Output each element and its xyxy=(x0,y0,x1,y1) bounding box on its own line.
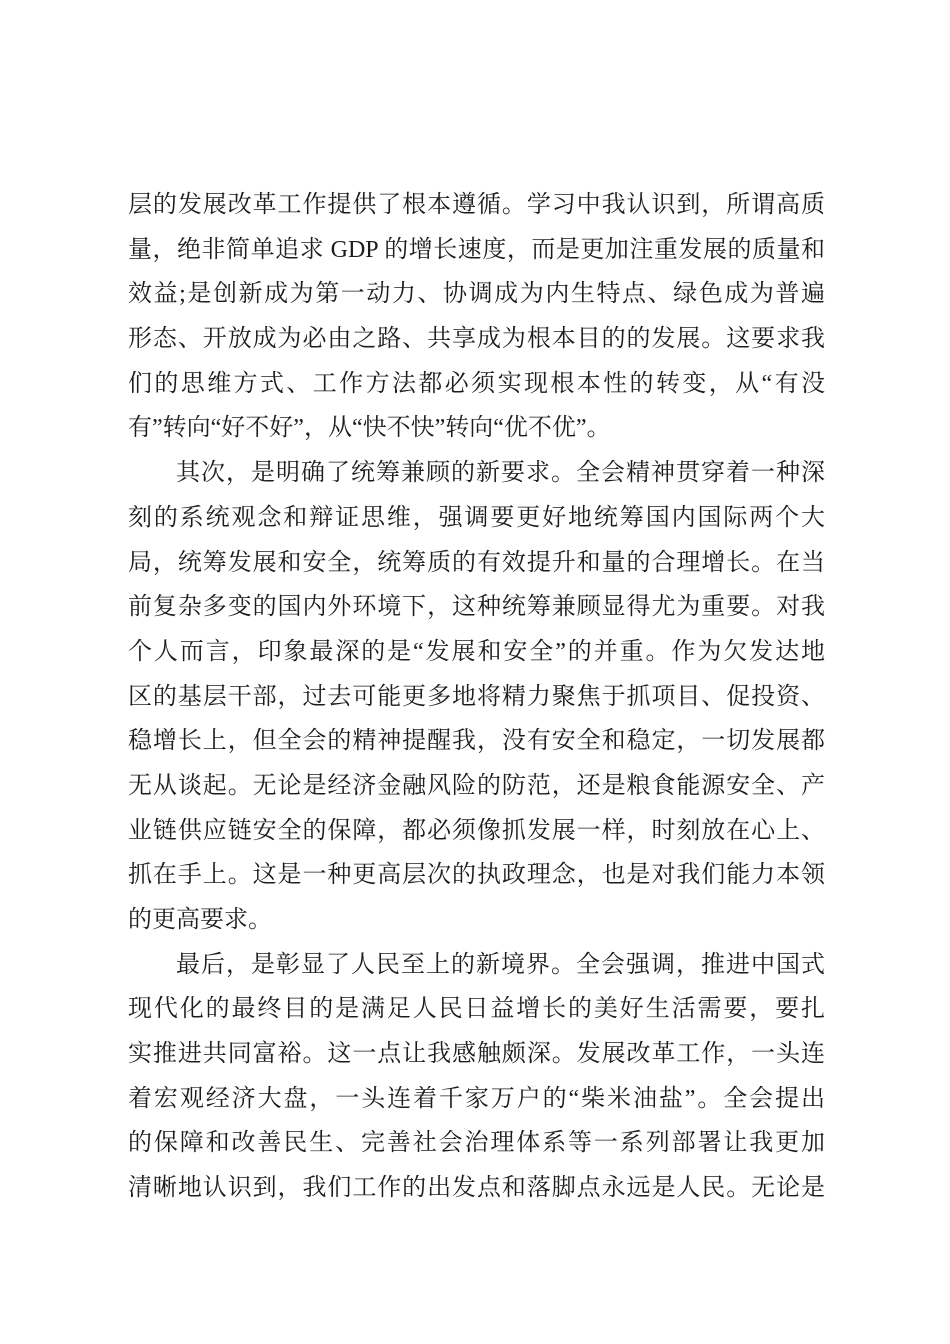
text-line: 们的思维方式、工作方法都必须实现根本性的转变，从“有没 xyxy=(128,362,825,407)
text-line: 前复杂多变的国内外环境下，这种统筹兼顾显得尤为重要。对我 xyxy=(128,585,825,630)
text-line: 的保障和改善民生、完善社会治理体系等一系列部署让我更加 xyxy=(128,1121,825,1166)
text-line: 实推进共同富裕。这一点让我感触颇深。发展改革工作，一头连 xyxy=(128,1032,825,1077)
text-line: 刻的系统观念和辩证思维，强调要更好地统筹国内国际两个大 xyxy=(128,496,825,541)
text-line: 稳增长上，但全会的精神提醒我，没有安全和稳定，一切发展都 xyxy=(128,719,825,764)
document-page: 层的发展改革工作提供了根本遵循。学习中我认识到，所谓高质 量，绝非简单追求 GD… xyxy=(0,0,950,1344)
text-line: 效益;是创新成为第一动力、协调成为内生特点、绿色成为普遍 xyxy=(128,272,825,317)
text-line: 个人而言，印象最深的是“发展和安全”的并重。作为欠发达地 xyxy=(128,630,825,675)
text-line: 最后，是彰显了人民至上的新境界。全会强调，推进中国式 xyxy=(128,943,825,988)
text-line: 业链供应链安全的保障，都必须像抓发展一样，时刻放在心上、 xyxy=(128,809,825,854)
text-line: 现代化的最终目的是满足人民日益增长的美好生活需要，要扎 xyxy=(128,987,825,1032)
text-line: 其次，是明确了统筹兼顾的新要求。全会精神贯穿着一种深 xyxy=(128,451,825,496)
text-line: 量，绝非简单追求 GDP 的增长速度，而是更加注重发展的质量和 xyxy=(128,228,825,273)
text-line: 抓在手上。这是一种更高层次的执政理念，也是对我们能力本领 xyxy=(128,853,825,898)
text-line: 的更高要求。 xyxy=(128,898,825,943)
text-line: 层的发展改革工作提供了根本遵循。学习中我认识到，所谓高质 xyxy=(128,183,825,228)
document-text-block: 层的发展改革工作提供了根本遵循。学习中我认识到，所谓高质 量，绝非简单追求 GD… xyxy=(128,183,825,1211)
text-line: 无从谈起。无论是经济金融风险的防范，还是粮食能源安全、产 xyxy=(128,764,825,809)
text-line: 局，统筹发展和安全，统筹质的有效提升和量的合理增长。在当 xyxy=(128,541,825,586)
text-line: 形态、开放成为必由之路、共享成为根本目的的发展。这要求我 xyxy=(128,317,825,362)
text-line: 区的基层干部，过去可能更多地将精力聚焦于抓项目、促投资、 xyxy=(128,675,825,720)
text-line: 清晰地认识到，我们工作的出发点和落脚点永远是人民。无论是 xyxy=(128,1166,825,1211)
text-line: 着宏观经济大盘，一头连着千家万户的“柴米油盐”。全会提出 xyxy=(128,1077,825,1122)
text-line: 有”转向“好不好”，从“快不快”转向“优不优”。 xyxy=(128,406,825,451)
